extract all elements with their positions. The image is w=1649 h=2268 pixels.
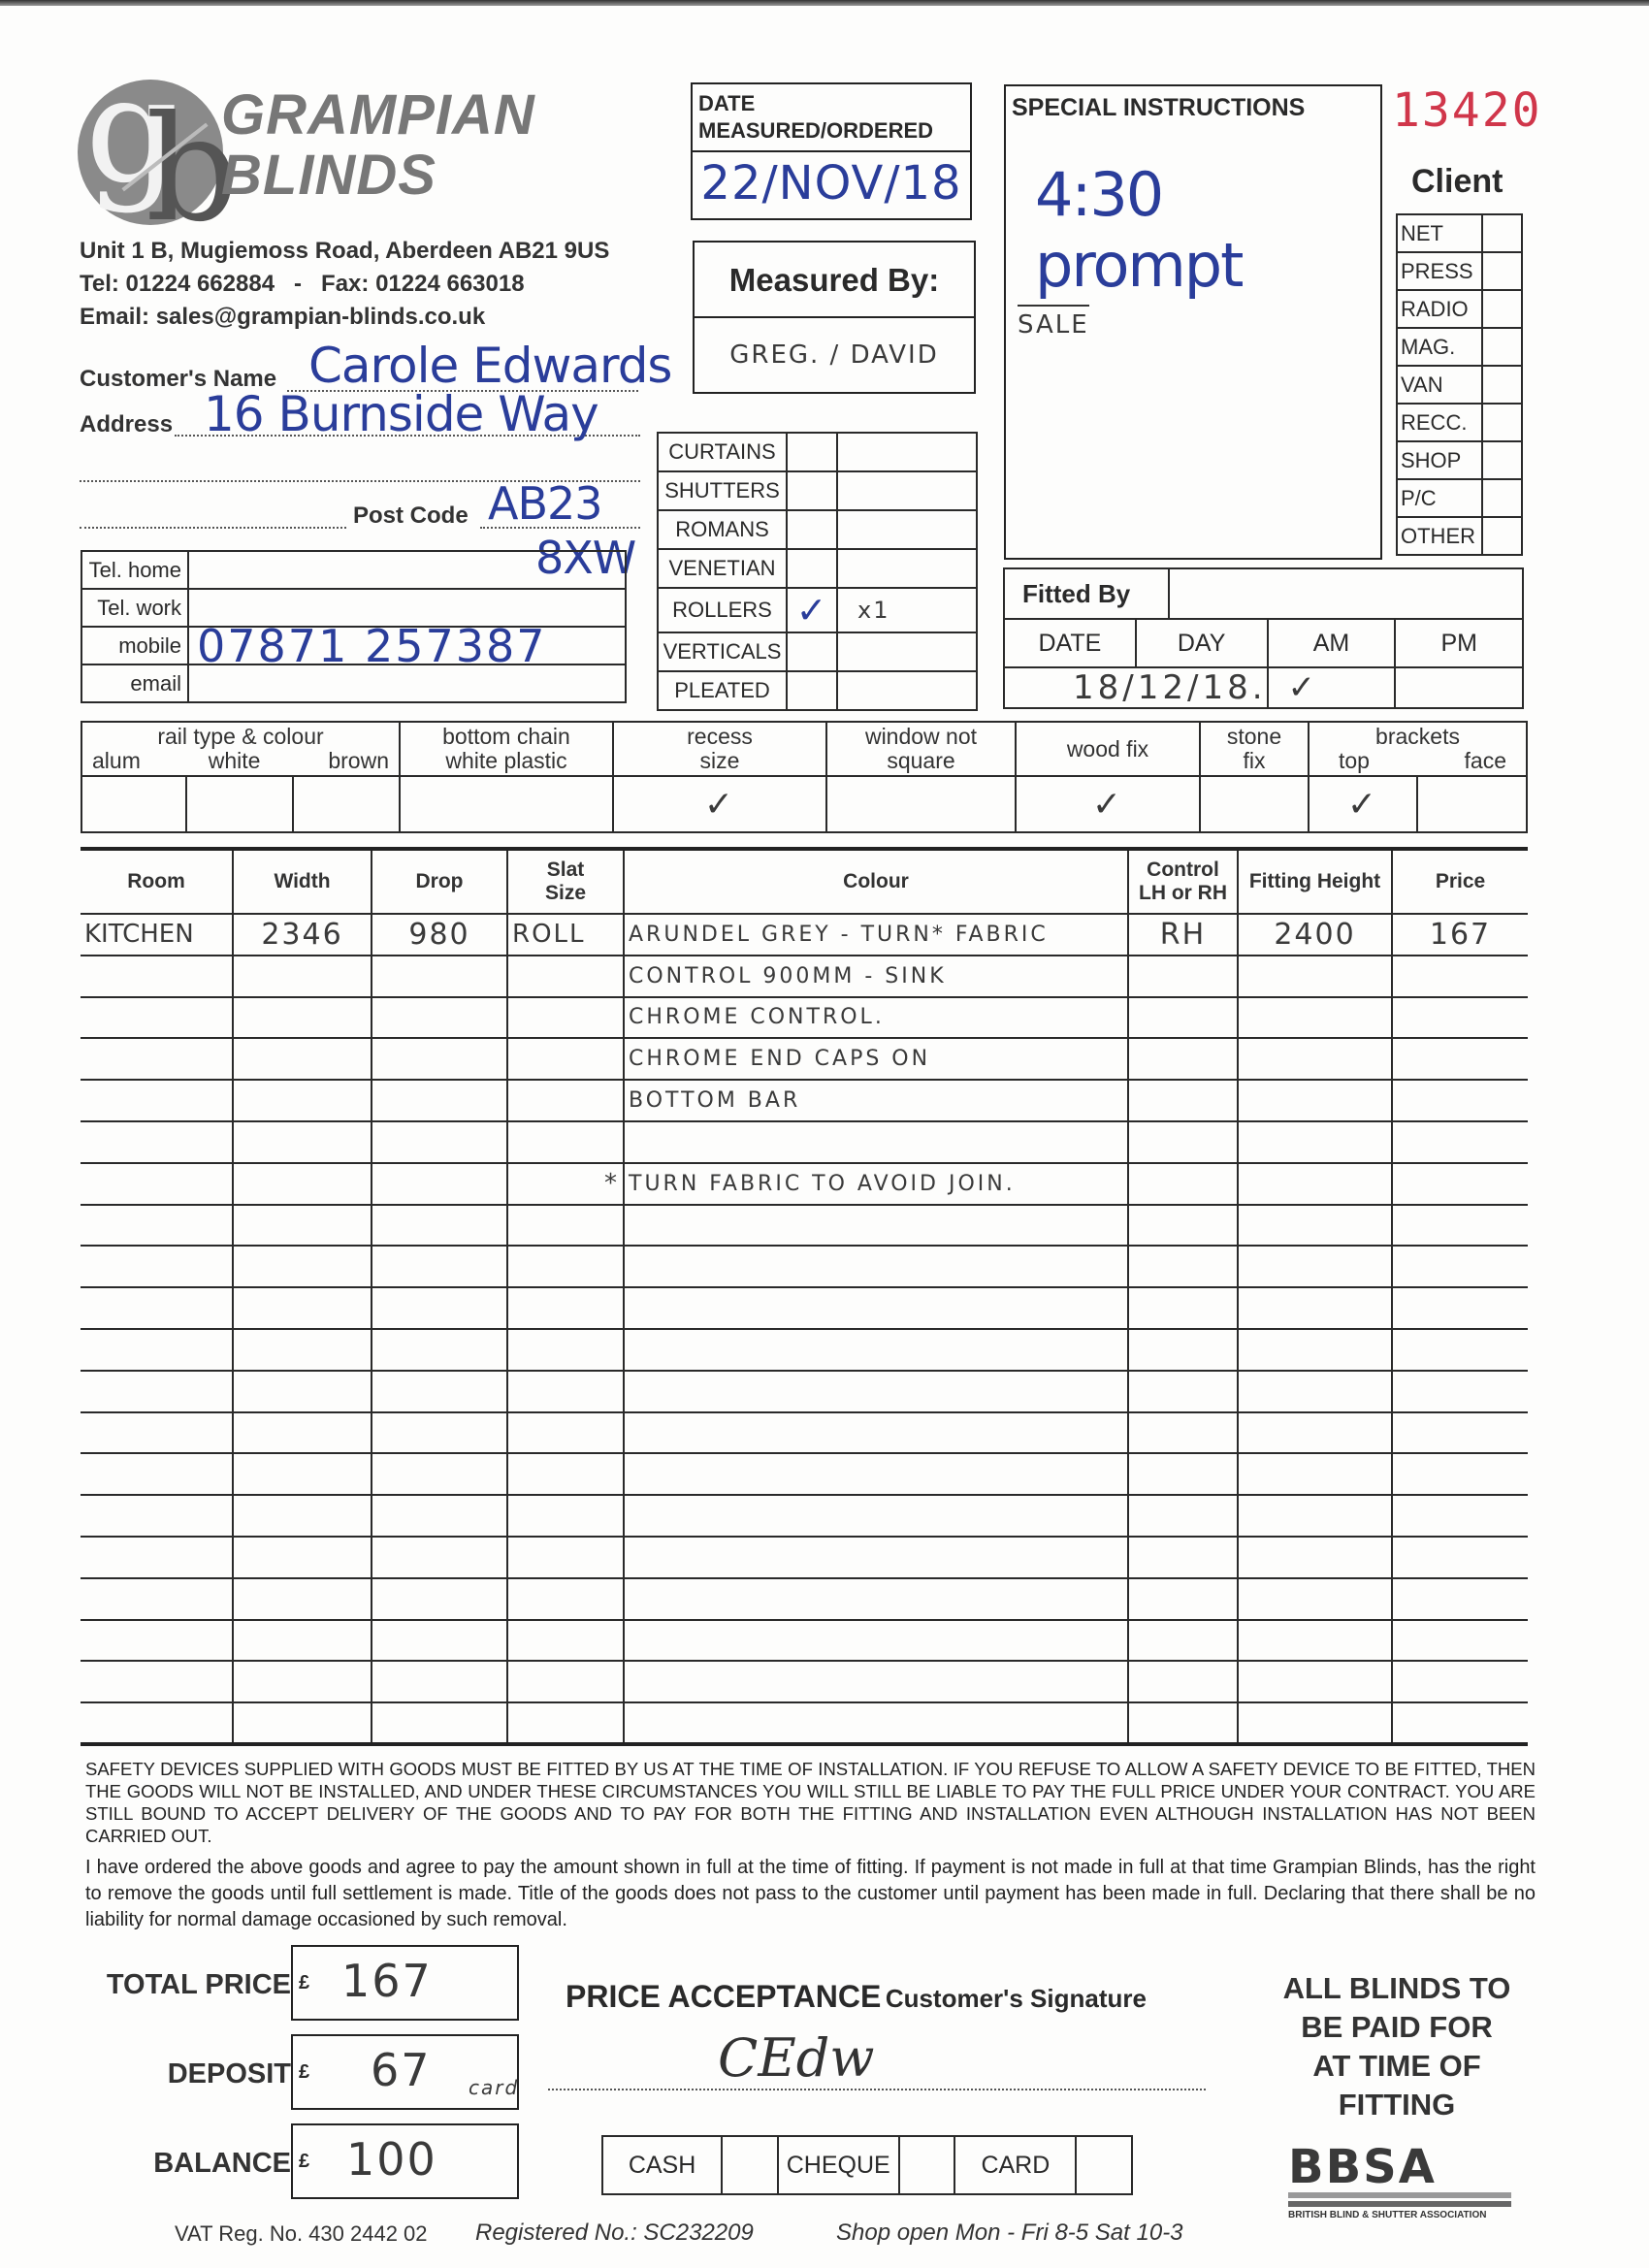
customer-signature[interactable]: CEdw [718,2027,875,2089]
cell-slat[interactable] [507,1537,624,1578]
client-option[interactable]: VAN [1397,366,1522,404]
wood-fix-check-icon[interactable]: ✓ [1016,776,1200,832]
cell-width[interactable] [233,956,372,997]
cell-control[interactable] [1128,1205,1238,1247]
total-price-label: TOTAL PRICE [87,1969,291,2001]
payment-agreement: I have ordered the above goods and agree… [85,1855,1536,1933]
cell-drop[interactable] [372,1080,507,1121]
cell-price[interactable] [1392,1495,1528,1537]
cell-slat[interactable] [507,1329,624,1371]
cell-colour[interactable]: ARUNDEL GREY - TURN* FABRIC [624,914,1128,956]
deposit-value[interactable]: 67 [371,2044,432,2096]
special-instructions-label: SPECIAL INSTRUCTIONS [1006,86,1380,130]
cell-room[interactable] [81,997,233,1039]
cell-colour[interactable]: CHROME CONTROL. [624,997,1128,1039]
date-measured-box: DATE MEASURED/ORDERED 22/NOV/18 [691,82,972,220]
fitting-pm-field[interactable] [1395,667,1523,708]
deposit-label: DEPOSIT [87,2058,291,2090]
cell-height[interactable] [1238,1329,1392,1371]
wood-fix-header: wood fix [1016,722,1200,776]
cell-height[interactable]: 2400 [1238,914,1392,956]
cell-colour[interactable] [624,1578,1128,1620]
product-row-romans[interactable]: ROMANS [658,510,977,549]
price-acceptance-title: PRICE ACCEPTANCE [566,1979,881,2014]
bbsa-logo: BBSA BRITISH BLIND & SHUTTER ASSOCIATION [1288,2146,1511,2220]
cell-drop[interactable] [372,1371,507,1412]
cell-height[interactable] [1238,1205,1392,1247]
cell-drop[interactable] [372,1205,507,1247]
date-label-line1: DATE [698,90,964,117]
cell-colour[interactable] [624,1537,1128,1578]
cell-control[interactable] [1128,1661,1238,1702]
cell-colour[interactable]: CHROME END CAPS ON [624,1038,1128,1080]
stone-fix-header: stone fix [1200,722,1309,776]
stone-fix-cell[interactable] [1200,776,1309,832]
client-checkbox[interactable] [1482,479,1522,517]
cell-drop[interactable] [372,1412,507,1454]
cell-drop[interactable] [372,1246,507,1287]
product-row-shutters[interactable]: SHUTTERS [658,471,977,510]
payment-cheque-checkbox[interactable] [899,2136,955,2194]
client-checkbox[interactable] [1482,290,1522,328]
table-row [81,1412,1528,1454]
shop-hours: Shop open Mon - Fri 8-5 Sat 10-3 [836,2219,1183,2247]
cell-colour[interactable] [624,1620,1128,1662]
window-not-square-cell[interactable] [826,776,1016,832]
cell-slat[interactable] [507,1661,624,1702]
fitting-date-value[interactable]: 18/12/18. [1004,667,1268,708]
cell-slat[interactable] [507,1038,624,1080]
cell-control[interactable] [1128,1287,1238,1329]
cell-colour[interactable]: BOTTOM BAR [624,1080,1128,1121]
cell-slat[interactable] [507,1287,624,1329]
table-row [81,1205,1528,1247]
brackets-header: brackets top face [1309,722,1527,776]
cell-slat[interactable] [507,1702,624,1744]
cell-height[interactable] [1238,1412,1392,1454]
cell-drop[interactable] [372,1287,507,1329]
payment-cash-label: CASH [602,2136,722,2194]
table-row [81,1495,1528,1537]
client-option[interactable]: NET [1397,214,1522,252]
client-checkbox[interactable] [1482,252,1522,290]
contact-table: Tel. home Tel. work mobile07871 257387 e… [81,550,627,703]
cell-price[interactable] [1392,1329,1528,1371]
cell-price[interactable] [1392,1453,1528,1495]
rollers-check-icon[interactable]: ✓ [787,588,837,632]
vat-number: VAT Reg. No. 430 2442 02 [175,2221,428,2247]
table-row: CHROME END CAPS ON [81,1038,1528,1080]
cell-room[interactable] [81,1246,233,1287]
order-table: Room Width Drop Slat Size Colour Control… [81,847,1528,1746]
cell-width[interactable] [233,1453,372,1495]
cell-drop[interactable] [372,1578,507,1620]
cell-height[interactable] [1238,997,1392,1039]
total-price-box[interactable]: £ 167 [291,1945,519,2021]
cell-room[interactable] [81,1702,233,1744]
mobile-field[interactable]: 07871 257387 [188,627,626,664]
measured-by-box: Measured By: GREG. / DAVID [693,241,976,394]
cell-height[interactable] [1238,1246,1392,1287]
cell-control[interactable] [1128,1453,1238,1495]
cell-drop[interactable] [372,997,507,1039]
company-name-line2: BLINDS [221,147,436,204]
fitted-by-field[interactable] [1169,568,1523,619]
cell-control[interactable] [1128,1620,1238,1662]
rail-brown-cell[interactable] [293,776,400,832]
cell-colour[interactable] [624,1453,1128,1495]
brackets-face-cell[interactable] [1417,776,1527,832]
client-option[interactable]: OTHER [1397,517,1522,555]
cell-control[interactable] [1128,1163,1238,1205]
fitting-options-table: rail type & colour alum white brown bott… [81,721,1528,833]
table-row [81,1329,1528,1371]
cell-width[interactable] [233,1620,372,1662]
client-label: Client [1411,163,1503,201]
brackets-top-check-icon[interactable]: ✓ [1309,776,1417,832]
cell-room[interactable] [81,1287,233,1329]
client-option[interactable]: PRESS [1397,252,1522,290]
date-label-line2: MEASURED/ORDERED [698,117,964,145]
cell-room[interactable] [81,1205,233,1247]
pound-sign: £ [299,2061,309,2084]
cell-room[interactable] [81,1620,233,1662]
cell-price[interactable] [1392,1702,1528,1744]
cell-width[interactable] [233,1038,372,1080]
cell-height[interactable] [1238,1537,1392,1578]
cell-control[interactable] [1128,1038,1238,1080]
cell-slat[interactable] [507,1121,624,1163]
fitted-by-table: Fitted By [1003,567,1524,620]
cell-slat[interactable] [507,956,624,997]
cell-price[interactable] [1392,1163,1528,1205]
cell-drop[interactable] [372,1661,507,1702]
cell-price[interactable] [1392,1246,1528,1287]
cell-colour[interactable] [624,1287,1128,1329]
cell-drop[interactable] [372,1329,507,1371]
cell-control[interactable] [1128,1121,1238,1163]
cell-price[interactable] [1392,1121,1528,1163]
product-row-curtains[interactable]: CURTAINS [658,433,977,471]
cell-drop[interactable]: 980 [372,914,507,956]
measured-by-value[interactable]: GREG. / DAVID [695,318,974,392]
cell-height[interactable] [1238,1661,1392,1702]
cell-price[interactable] [1392,1038,1528,1080]
pound-sign: £ [299,2151,309,2173]
table-row [81,1246,1528,1287]
cell-room[interactable] [81,1121,233,1163]
company-phone-fax: Tel: 01224 662884 - Fax: 01224 663018 [80,271,525,298]
client-option[interactable]: MAG. [1397,328,1522,366]
cell-slat[interactable] [507,1412,624,1454]
client-source-table: NET PRESS RADIO MAG. VAN RECC. SHOP P/C … [1396,213,1523,556]
client-option[interactable]: RECC. [1397,404,1522,441]
payment-method-table: CASH CHEQUE CARD [601,2135,1133,2195]
cell-room[interactable] [81,956,233,997]
cell-height[interactable] [1238,1371,1392,1412]
cell-width[interactable] [233,1412,372,1454]
cell-slat[interactable] [507,1205,624,1247]
client-option[interactable]: SHOP [1397,441,1522,479]
cell-width[interactable] [233,1495,372,1537]
special-instruction-note-1[interactable]: 4:30 prompt [1035,159,1380,301]
cell-height[interactable] [1238,1121,1392,1163]
cell-height[interactable] [1238,1163,1392,1205]
client-checkbox[interactable] [1482,404,1522,441]
table-row [81,1661,1528,1702]
cell-height[interactable] [1238,1702,1392,1744]
cell-drop[interactable] [372,1121,507,1163]
company-email: Email: sales@grampian-blinds.co.uk [80,304,485,331]
cell-colour[interactable] [624,1121,1128,1163]
cell-price[interactable] [1392,1661,1528,1702]
client-option[interactable]: RADIO [1397,290,1522,328]
cell-colour[interactable]: CONTROL 900MM - SINK [624,956,1128,997]
table-row [81,1121,1528,1163]
measured-by-label: Measured By: [695,243,974,318]
cell-width[interactable] [233,1287,372,1329]
cell-control[interactable] [1128,1702,1238,1744]
cell-slat[interactable] [507,1371,624,1412]
special-instruction-note-2[interactable]: SALE [1018,305,1089,340]
postcode-label: Post Code [353,502,469,530]
cell-slat[interactable] [507,1620,624,1662]
window-not-square-header: window not square [826,722,1016,776]
scan-edge [0,0,1649,6]
cell-drop[interactable] [372,1038,507,1080]
table-row [81,1371,1528,1412]
rail-white-cell[interactable] [186,776,293,832]
cell-room[interactable] [81,1038,233,1080]
address-line-3 [80,527,346,529]
total-price-value[interactable]: 167 [341,1955,433,2007]
table-row [81,1537,1528,1578]
cell-colour[interactable] [624,1371,1128,1412]
bbsa-stripe [1288,2201,1511,2207]
cell-colour[interactable] [624,1702,1128,1744]
cell-price[interactable] [1392,1412,1528,1454]
contact-row-mobile: mobile07871 257387 [81,627,626,664]
table-row: BOTTOM BAR [81,1080,1528,1121]
client-checkbox[interactable] [1482,441,1522,479]
client-option[interactable]: P/C [1397,479,1522,517]
rail-type-header: rail type & colour alum white brown [81,722,400,776]
cell-room[interactable]: KITCHEN [81,914,233,956]
cell-price[interactable] [1392,1287,1528,1329]
order-table-header: Room Width Drop Slat Size Colour Control… [81,849,1528,914]
table-row: *TURN FABRIC TO AVOID JOIN. [81,1163,1528,1205]
cell-slat[interactable]: ROLL [507,914,624,956]
cell-colour[interactable] [624,1661,1128,1702]
cell-width[interactable] [233,1661,372,1702]
cell-control[interactable] [1128,1412,1238,1454]
cell-colour[interactable] [624,1205,1128,1247]
product-row-verticals[interactable]: VERTICALS [658,632,977,671]
client-checkbox[interactable] [1482,366,1522,404]
cell-width[interactable] [233,1578,372,1620]
client-checkbox[interactable] [1482,328,1522,366]
deposit-payment-note: card [469,2076,519,2099]
cell-width[interactable] [233,997,372,1039]
registered-number: Registered No.: SC232209 [475,2219,754,2247]
cell-width[interactable] [233,1371,372,1412]
recess-size-check-icon[interactable]: ✓ [613,776,826,832]
cell-width[interactable] [233,1080,372,1121]
cell-drop[interactable] [372,1163,507,1205]
cell-price[interactable] [1392,1578,1528,1620]
cell-room[interactable] [81,1537,233,1578]
product-type-table: CURTAINS SHUTTERS ROMANS VENETIAN ROLLER… [657,432,978,711]
cell-colour[interactable] [624,1246,1128,1287]
client-checkbox[interactable] [1482,517,1522,555]
cell-height[interactable] [1238,1495,1392,1537]
cell-control[interactable] [1128,1537,1238,1578]
cell-height[interactable] [1238,1453,1392,1495]
cell-control[interactable] [1128,1329,1238,1371]
payment-cheque-label: CHEQUE [778,2136,899,2194]
balance-label: BALANCE [87,2148,291,2180]
fitted-by-label: Fitted By [1004,568,1169,619]
cell-price[interactable] [1392,1620,1528,1662]
cell-control[interactable] [1128,1371,1238,1412]
cell-price[interactable]: 167 [1392,914,1528,956]
cell-room[interactable] [81,1412,233,1454]
payment-card-checkbox[interactable] [1076,2136,1132,2194]
table-row [81,1287,1528,1329]
table-row [81,1620,1528,1662]
cell-slat[interactable] [507,997,624,1039]
cell-room[interactable] [81,1661,233,1702]
cell-control[interactable] [1128,1246,1238,1287]
cell-width[interactable] [233,1246,372,1287]
balance-box[interactable]: £ 100 [291,2123,519,2199]
cell-price[interactable] [1392,1537,1528,1578]
cell-price[interactable] [1392,956,1528,997]
cell-slat[interactable] [507,1495,624,1537]
cell-width[interactable] [233,1163,372,1205]
cell-drop[interactable] [372,1702,507,1744]
postcode-value-1[interactable]: AB23 [488,477,602,530]
cell-colour[interactable]: TURN FABRIC TO AVOID JOIN. [624,1163,1128,1205]
cell-price[interactable] [1392,1205,1528,1247]
cell-width[interactable]: 2346 [233,914,372,956]
date-measured-value[interactable]: 22/NOV/18 [693,152,970,211]
cell-drop[interactable] [372,956,507,997]
order-table-body: KITCHEN2346980ROLLARUNDEL GREY - TURN* F… [81,914,1528,1744]
cell-slat[interactable] [507,1578,624,1620]
special-instructions-box: SPECIAL INSTRUCTIONS 4:30 prompt SALE [1004,84,1382,560]
company-address: Unit 1 B, Mugiemoss Road, Aberdeen AB21 … [80,238,609,265]
cell-room[interactable] [81,1578,233,1620]
table-row: CONTROL 900MM - SINK [81,956,1528,997]
table-row: KITCHEN2346980ROLLARUNDEL GREY - TURN* F… [81,914,1528,956]
rail-alum-cell[interactable] [81,776,186,832]
tel-home-field[interactable] [188,551,626,589]
cell-room[interactable] [81,1329,233,1371]
bottom-chain-cell[interactable] [400,776,613,832]
contact-row-tel-home: Tel. home [81,551,626,589]
cell-width[interactable] [233,1537,372,1578]
payment-cash-checkbox[interactable] [722,2136,778,2194]
cell-slat[interactable] [507,1453,624,1495]
safety-notice: SAFETY DEVICES SUPPLIED WITH GOODS MUST … [85,1758,1536,1847]
table-row [81,1702,1528,1744]
cell-room[interactable] [81,1371,233,1412]
cell-height[interactable] [1238,1578,1392,1620]
cell-room[interactable] [81,1080,233,1121]
cell-control[interactable] [1128,956,1238,997]
cell-control[interactable] [1128,997,1238,1039]
price-acceptance-subtitle: Customer's Signature [886,1984,1147,2013]
cell-width[interactable] [233,1329,372,1371]
balance-value[interactable]: 100 [346,2133,437,2186]
cell-height[interactable] [1238,1038,1392,1080]
bbsa-logo-text: BBSA [1288,2146,1511,2188]
payment-notice: ALL BLINDS TO BE PAID FOR AT TIME OF FIT… [1251,1969,1542,2124]
table-row [81,1578,1528,1620]
table-row [81,1453,1528,1495]
cell-room[interactable] [81,1495,233,1537]
cell-room[interactable] [81,1453,233,1495]
cell-control[interactable]: RH [1128,914,1238,956]
client-checkbox[interactable] [1482,214,1522,252]
cell-height[interactable] [1238,1620,1392,1662]
cell-width[interactable] [233,1205,372,1247]
cell-price[interactable] [1392,1080,1528,1121]
cell-slat[interactable] [507,1080,624,1121]
cell-colour[interactable] [624,1495,1128,1537]
order-number: 13420 [1392,83,1542,138]
address-label: Address [80,411,173,438]
product-row-pleated[interactable]: PLEATED [658,671,977,710]
bbsa-name: BRITISH BLIND & SHUTTER ASSOCIATION [1288,2210,1511,2220]
cell-colour[interactable] [624,1412,1128,1454]
cell-drop[interactable] [372,1620,507,1662]
cell-control[interactable] [1128,1495,1238,1537]
cell-colour[interactable] [624,1329,1128,1371]
fitting-am-check-icon[interactable]: ✓ [1268,667,1396,708]
bottom-chain-header: bottom chain white plastic [400,722,613,776]
cell-slat[interactable] [507,1246,624,1287]
payment-card-label: CARD [954,2136,1076,2194]
table-row: CHROME CONTROL. [81,997,1528,1039]
cell-height[interactable] [1238,1287,1392,1329]
product-row-rollers[interactable]: ROLLERS✓x1 [658,588,977,632]
cell-height[interactable] [1238,1080,1392,1121]
cell-control[interactable] [1128,1578,1238,1620]
address-value-1[interactable]: 16 Burnside Way [204,386,598,442]
cell-drop[interactable] [372,1453,507,1495]
cell-price[interactable] [1392,997,1528,1039]
signature-line [548,2089,1206,2090]
pound-sign: £ [299,1972,309,1994]
cell-drop[interactable] [372,1495,507,1537]
cell-height[interactable] [1238,956,1392,997]
fitting-schedule-table: DATE DAY AM PM 18/12/18. ✓ [1003,618,1524,709]
cell-room[interactable] [81,1163,233,1205]
product-row-venetian[interactable]: VENETIAN [658,549,977,588]
cell-control[interactable] [1128,1080,1238,1121]
recess-size-header: recess size [613,722,826,776]
price-acceptance: PRICE ACCEPTANCE Customer's Signature [566,1979,1147,2015]
cell-width[interactable] [233,1121,372,1163]
cell-width[interactable] [233,1702,372,1744]
cell-slat[interactable]: * [507,1163,624,1205]
cell-price[interactable] [1392,1371,1528,1412]
cell-drop[interactable] [372,1537,507,1578]
company-name-line1: GRAMPIAN [221,87,535,144]
